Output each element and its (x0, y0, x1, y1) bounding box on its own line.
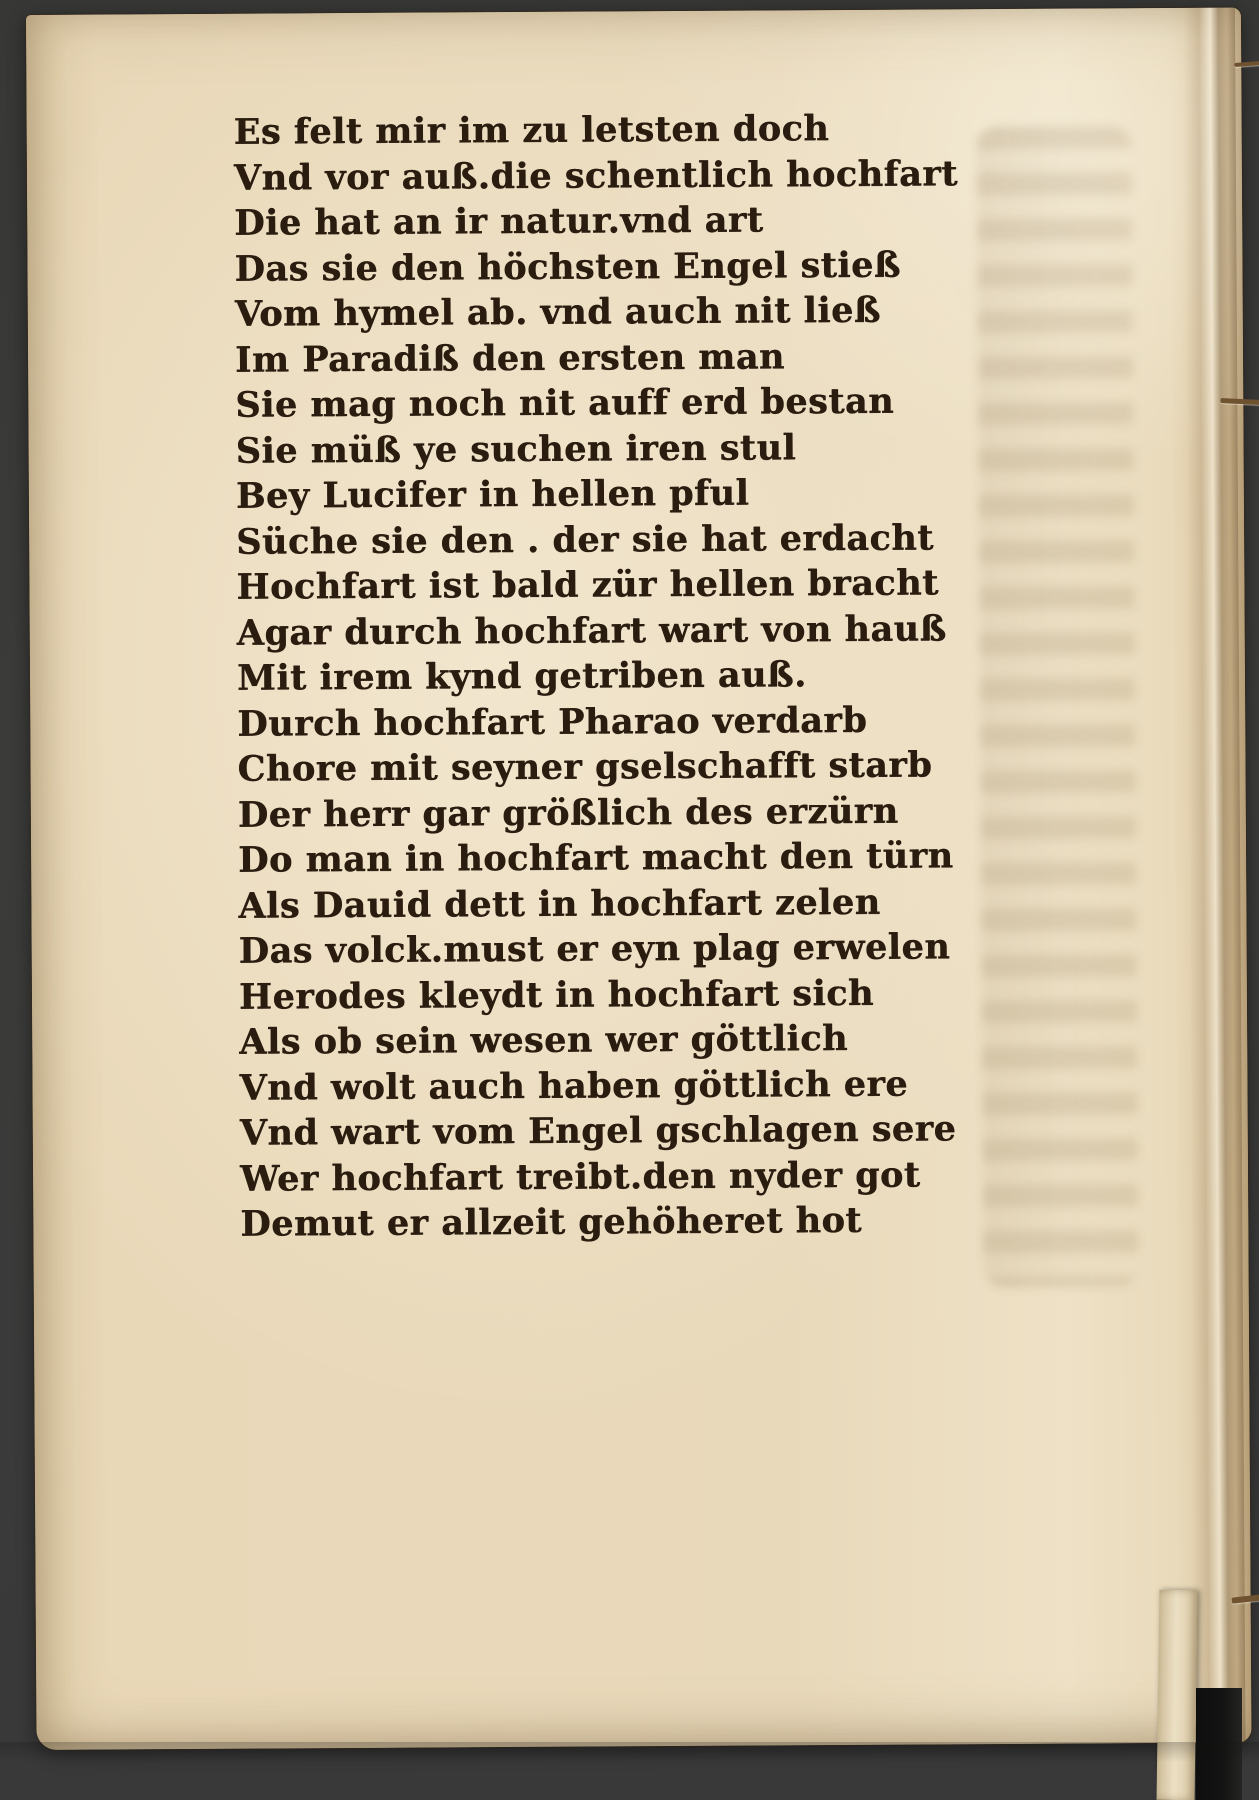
poem-line: Vnd vor auß.die schentlich hochfart (234, 151, 958, 201)
poem-line: Die hat an ir natur.vnd art (234, 196, 958, 246)
poem-line: Wer hochfart treibt.den nyder got (240, 1152, 964, 1202)
poem-line: Sie mag noch nit auff erd bestan (235, 378, 959, 428)
show-through-ink (977, 126, 1139, 1287)
poem-line: Sie müß ye suchen iren stul (235, 424, 959, 474)
poem-text-block: Es felt mir im zu letsten dochVnd vor au… (234, 105, 965, 1247)
poem-line: Das sie den höchsten Engel stieß (234, 242, 958, 292)
poem-line: Do man in hochfart macht den türn (238, 833, 962, 883)
poem-line: Vnd wart vom Engel gschlagen sere (240, 1106, 964, 1156)
poem-line: Vom hymel ab. vnd auch nit ließ (235, 287, 959, 337)
poem-line: Süche sie den . der sie hat erdacht (236, 515, 960, 565)
poem-line: Mit irem kynd getriben auß. (237, 651, 961, 701)
book-page: Es felt mir im zu letsten dochVnd vor au… (26, 8, 1252, 1750)
poem-line: Als Dauid dett in hochfart zelen (238, 879, 962, 929)
poem-line: Im Paradiß den ersten man (235, 333, 959, 383)
poem-line: Vnd wolt auch haben göttlich ere (239, 1061, 963, 1111)
binding-stitch (1234, 60, 1259, 67)
poem-line: Agar durch hochfart wart von hauß (237, 606, 961, 656)
poem-line: Bey Lucifer in hellen pful (236, 469, 960, 519)
poem-line: Chore mit seyner gselschafft starb (237, 742, 961, 792)
page-edge-flap (1157, 1590, 1198, 1800)
poem-line: Als ob sein wesen wer göttlich (239, 1015, 963, 1065)
poem-line: Hochfart ist bald zür hellen bracht (236, 560, 960, 610)
poem-line: Durch hochfart Pharao verdarb (237, 697, 961, 747)
poem-line: Herodes kleydt in hochfart sich (239, 970, 963, 1020)
gutter-fold (1183, 8, 1246, 1743)
poem-line: Demut er allzeit gehöheret hot (240, 1197, 964, 1247)
poem-line: Es felt mir im zu letsten doch (234, 105, 958, 155)
poem-line: Der herr gar größlich des erzürn (238, 788, 962, 838)
spine-strip (1196, 1688, 1242, 1800)
scan-shadow (0, 1742, 1259, 1800)
poem-line: Das volck.must er eyn plag erwelen (239, 924, 963, 974)
